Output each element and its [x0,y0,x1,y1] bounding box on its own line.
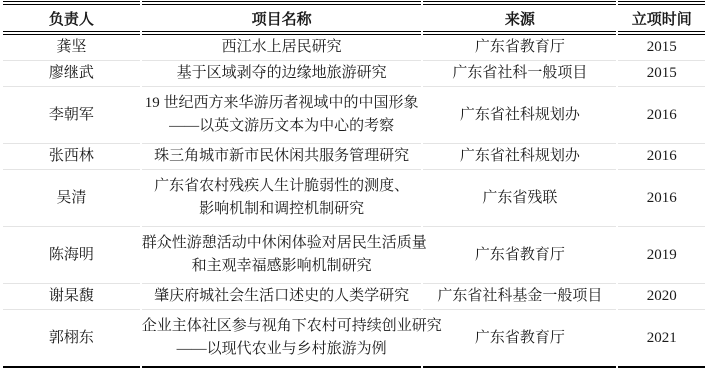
cell-project: 企业主体社区参与视角下农村可持续创业研究 ——以现代农业与乡村旅游为例 [142,309,422,368]
cell-year: 2020 [618,283,705,309]
cell-year: 2015 [618,60,705,86]
cell-project: 西江水上居民研究 [142,35,422,60]
cell-project: 珠三角城市新市民休闲共服务管理研究 [142,143,422,169]
table-header: 负责人 项目名称 来源 立项时间 [3,1,705,35]
cell-project: 肇庆府城社会生活口述史的人类学研究 [142,283,422,309]
research-projects-table: 负责人 项目名称 来源 立项时间 龚坚 西江水上居民研究 广东省教育厅 2015… [1,1,707,368]
cell-leader: 郭栩东 [3,309,140,368]
cell-source: 广东省教育厅 [423,226,616,283]
cell-leader: 廖继武 [3,60,140,86]
table-body: 龚坚 西江水上居民研究 广东省教育厅 2015 廖继武 基于区域剥夺的边缘地旅游… [3,35,705,368]
table-row: 廖继武 基于区域剥夺的边缘地旅游研究 广东省社科一般项目 2015 [3,60,705,86]
column-header-source: 来源 [423,1,616,35]
project-title-line: 群众性游憩活动中休闲体验对居民生活质量 [142,232,422,255]
project-title-line: 影响机制和调控机制研究 [142,198,422,221]
cell-project: 广东省农村残疾人生计脆弱性的测度、 影响机制和调控机制研究 [142,169,422,226]
project-title-line: ——以英文游历文本为中心的考察 [142,115,422,138]
cell-year: 2019 [618,226,705,283]
cell-source: 广东省教育厅 [423,35,616,60]
project-title-line: 肇庆府城社会生活口述史的人类学研究 [142,285,422,308]
table-row: 李朝军 19 世纪西方来华游历者视域中的中国形象 ——以英文游历文本为中心的考察… [3,86,705,143]
table-row: 陈海明 群众性游憩活动中休闲体验对居民生活质量 和主观幸福感影响机制研究 广东省… [3,226,705,283]
project-title-line: 19 世纪西方来华游历者视域中的中国形象 [142,92,422,115]
cell-project: 基于区域剥夺的边缘地旅游研究 [142,60,422,86]
project-title-line: ——以现代农业与乡村旅游为例 [142,338,422,361]
cell-source: 广东省社科规划办 [423,86,616,143]
cell-leader: 李朝军 [3,86,140,143]
project-title-line: 企业主体社区参与视角下农村可持续创业研究 [142,315,422,338]
column-header-leader: 负责人 [3,1,140,35]
cell-source: 广东省社科一般项目 [423,60,616,86]
column-header-project: 项目名称 [142,1,422,35]
cell-leader: 龚坚 [3,35,140,60]
cell-leader: 陈海明 [3,226,140,283]
cell-year: 2016 [618,169,705,226]
project-title-line: 西江水上居民研究 [142,36,422,59]
document-page: 负责人 项目名称 来源 立项时间 龚坚 西江水上居民研究 广东省教育厅 2015… [0,0,708,368]
project-title-line: 和主观幸福感影响机制研究 [142,255,422,278]
cell-year: 2021 [618,309,705,368]
cell-source: 广东省残联 [423,169,616,226]
project-title-line: 广东省农村残疾人生计脆弱性的测度、 [142,175,422,198]
cell-source: 广东省教育厅 [423,309,616,368]
table-row: 吴清 广东省农村残疾人生计脆弱性的测度、 影响机制和调控机制研究 广东省残联 2… [3,169,705,226]
project-title-line: 基于区域剥夺的边缘地旅游研究 [142,62,422,85]
cell-source: 广东省社科基金一般项目 [423,283,616,309]
cell-leader: 谢杲馥 [3,283,140,309]
project-title-line: 珠三角城市新市民休闲共服务管理研究 [142,145,422,168]
cell-leader: 张西林 [3,143,140,169]
cell-source: 广东省社科规划办 [423,143,616,169]
cell-leader: 吴清 [3,169,140,226]
cell-year: 2016 [618,86,705,143]
table-row: 郭栩东 企业主体社区参与视角下农村可持续创业研究 ——以现代农业与乡村旅游为例 … [3,309,705,368]
cell-project: 19 世纪西方来华游历者视域中的中国形象 ——以英文游历文本为中心的考察 [142,86,422,143]
cell-year: 2015 [618,35,705,60]
cell-year: 2016 [618,143,705,169]
header-row: 负责人 项目名称 来源 立项时间 [3,1,705,35]
cell-project: 群众性游憩活动中休闲体验对居民生活质量 和主观幸福感影响机制研究 [142,226,422,283]
table-row: 龚坚 西江水上居民研究 广东省教育厅 2015 [3,35,705,60]
table-row: 张西林 珠三角城市新市民休闲共服务管理研究 广东省社科规划办 2016 [3,143,705,169]
column-header-year: 立项时间 [618,1,705,35]
table-row: 谢杲馥 肇庆府城社会生活口述史的人类学研究 广东省社科基金一般项目 2020 [3,283,705,309]
